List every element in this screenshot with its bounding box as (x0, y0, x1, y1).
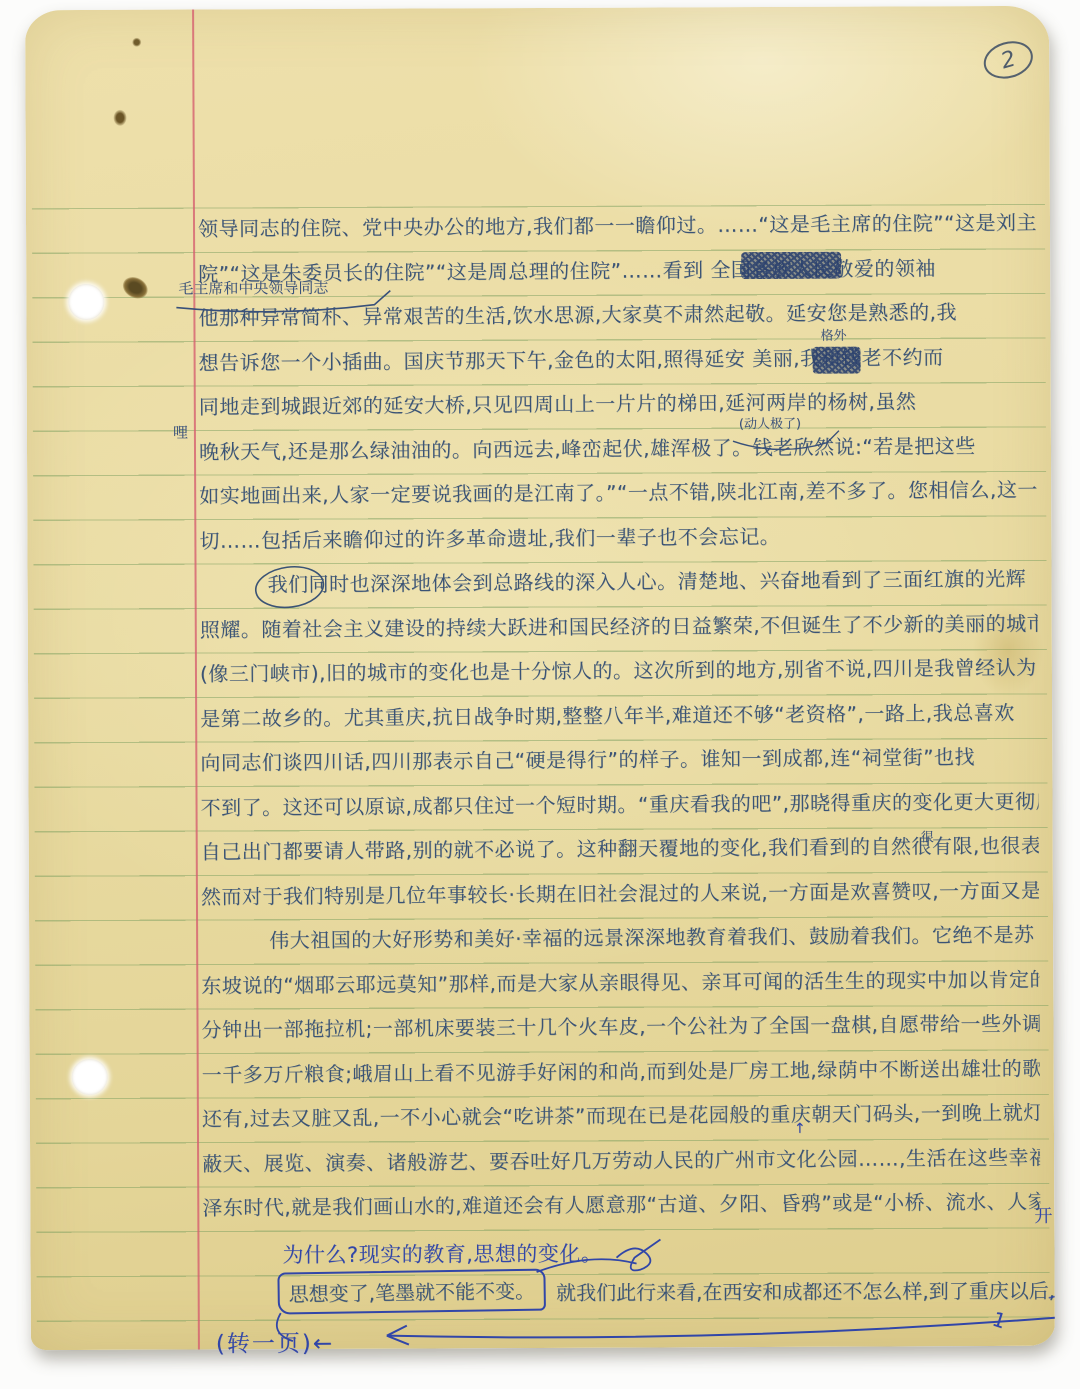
handwritten-line: 不到了。这还可以原谅,成都只住过一个短时期。“重庆看我的吧”,那晓得重庆的变化更… (200, 785, 1038, 826)
arrow-left-icon: ← (313, 1331, 334, 1357)
punch-hole-top (68, 284, 104, 320)
caret-mark: ↑ (794, 1121, 806, 1137)
handwritten-line: 还有,过去又脏又乱,一不小心就会“吃讲茶”而现在已是花园般的重庆朝天门码头,一到… (202, 1096, 1040, 1137)
handwritten-line: 东坡说的“烟耶云耶远莫知”那样,而是大家从亲眼得见、亲耳可闻的活生生的现实中加以… (201, 963, 1039, 1004)
handwritten-line: 照耀。随着社会主义建设的持续大跃进和国民经济的日益繁荣,不但诞生了不少新的美丽的… (200, 607, 1038, 648)
handwritten-line: 是第二故乡的。尤其重庆,抗日战争时期,整整八年半,难道还不够“老资格”,一路上,… (200, 696, 1038, 737)
punch-hole-bottom (72, 1059, 108, 1095)
margin-correction: 哩 (173, 422, 188, 443)
after-box-text: 就我们此行来看,在西安和成都还不怎么样,到了重庆以后, (556, 1274, 1055, 1305)
handwritten-line: 同地走到城跟近郊的延安大桥,只见四周山上一片片的梯田,延河两岸的杨树,虽然 (199, 384, 1037, 425)
margin-line (192, 10, 200, 1350)
scribbled-out-text (813, 347, 861, 374)
arrowhead (387, 1326, 409, 1345)
turn-page-label: (转一页) (216, 1331, 313, 1357)
handwritten-line: 如实地画出来,人家一定要说我画的是江南了。”“一点不错,陕北江南,差不多了。您相… (199, 473, 1037, 514)
scribbled-out-text (741, 252, 841, 279)
handwritten-line: 泽东时代,就是我们画山水的,难道还会有人愿意那“古道、夕阳、昏鸦”或是“小桥、流… (202, 1185, 1040, 1226)
page-number-circled: 2 (979, 36, 1037, 85)
handwritten-line: 晚秋天气,还是那么绿油油的。向西远去,峰峦起伏,雄浑极了。钱老欣然说:“若是把这… (199, 429, 1037, 470)
closing-question: 为什么?现实的教育,思想的变化。 (282, 1238, 602, 1269)
handwritten-line: 领导同志的住院、党中央办公的地方,我们都一一瞻仰过。……“这是毛主席的住院”“这… (198, 206, 1036, 247)
insertion-note: 很 (921, 826, 934, 845)
handwritten-line: 然而对于我们特别是几位年事较长·长期在旧社会混过的人来说,一方面是欢喜赞叹,一方… (201, 874, 1039, 915)
handwritten-line: 一千多万斤粮食;峨眉山上看不见游手好闲的和尚,而到处是厂房工地,绿荫中不断送出雄… (202, 1052, 1040, 1093)
handwritten-line: 想告诉您一个小插曲。国庆节那天下午,金色的太阳,照得延安 美丽,我和钱老不约而 (198, 340, 1036, 381)
handwritten-line: 我们同时也深深地体会到总路线的深入人心。清楚地、兴奋地看到了三面红旗的光辉 (267, 562, 1037, 602)
insertion-note: 格外 (820, 325, 846, 344)
handwritten-line: 他那种异常简朴、异常艰苦的生活,饮水思源,大家莫不肃然起敬。延安您是熟悉的,我 (198, 295, 1036, 336)
handwritten-line: (像三门峡市),旧的城市的变化也是十分惊人的。这次所到的地方,别省不说,四川是我… (200, 651, 1038, 692)
handwritten-line: 自己出门都要请人带路,别的就不必说了。这种翻天覆地的变化,我们看到的自然很有限,… (201, 829, 1039, 870)
handwritten-line: 分钟出一部拖拉机;一部机床要装三十几个火车皮,一个公社为了全国一盘棋,自愿带给一… (201, 1007, 1039, 1048)
manuscript-lines: 领导同志的住院、党中央办公的地方,我们都一一瞻仰过。……“这是毛主席的住院”“这… (25, 6, 1049, 10)
insertion-note: 毛主席和中央领导同志 (178, 277, 328, 299)
handwritten-line: 伟大祖国的大好形势和美好·幸福的远景深深地教育着我们、鼓励着我们。它绝不是苏 (269, 918, 1039, 958)
insertion-note: (动人极了) (739, 413, 801, 432)
boxed-statement-line: 思想变了,笔墨就不能不变。 就我们此行来看,在西安和成都还不怎么样,到了重庆以后… (278, 1268, 1056, 1313)
proof-mark: 开 (1034, 1202, 1052, 1228)
tick-mark: 1 (989, 1307, 1008, 1334)
page-number: 2 (998, 46, 1018, 74)
scanned-document: 2 领导同志的住院、党中央办公的地方,我们都一一瞻仰过。……“这是毛主席的住院”… (0, 0, 1080, 1389)
handwritten-line: 向同志们谈四川话,四川那表示自己“硬是得行”的样子。谁知一到成都,连“祠堂街”也… (200, 740, 1038, 781)
ink-stain (119, 273, 151, 303)
turn-page-note: (转一页)← (216, 1325, 334, 1359)
notebook-paper: 2 领导同志的住院、党中央办公的地方,我们都一一瞻仰过。……“这是毛主席的住院”… (25, 6, 1055, 1350)
boxed-statement: 思想变了,笔墨就不能不变。 (277, 1269, 546, 1315)
ink-stain (132, 38, 141, 47)
handwritten-line: 切……包括后来瞻仰过的许多革命遗址,我们一辈子也不会忘记。 (199, 518, 1037, 559)
flourish (616, 1239, 660, 1270)
handwritten-line: 蔽天、展览、演奏、诸般游艺、要吞吐好几万劳动人民的广州市文化公园……,生活在这些… (202, 1141, 1040, 1182)
ink-stain (114, 110, 127, 126)
